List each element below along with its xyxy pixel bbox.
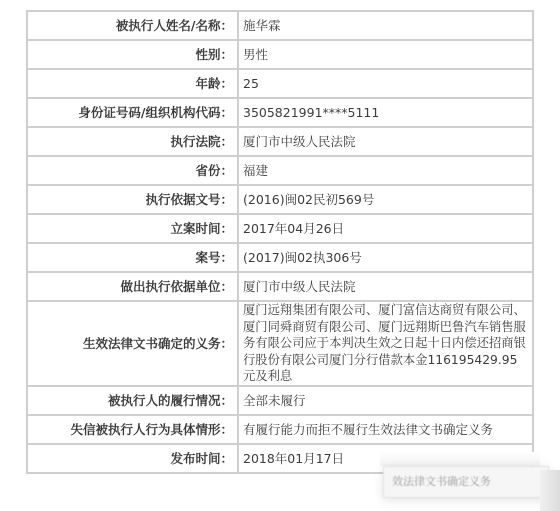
row-basis-issuer: 做出执行依据单位： 厦门市中级人民法院 [27,272,533,301]
page-curl-shadow [540,470,560,511]
value-basis-doc-number: (2016)闽02民初569号 [238,185,533,214]
row-age: 年龄： 25 [27,69,533,98]
label-basis-doc-number: 执行依据文号： [27,185,238,214]
label-executing-court: 执行法院： [27,127,238,156]
value-executing-court: 厦门市中级人民法院 [238,127,533,156]
row-gender: 性别： 男性 [27,40,533,69]
label-publish-date: 发布时间： [27,444,238,473]
page: 被执行人姓名/名称： 施华霖 性别： 男性 年龄： 25 身份证号码/组织机构代… [0,0,560,511]
value-gender: 男性 [238,40,533,69]
value-filing-date: 2017年04月26日 [238,214,533,243]
value-province: 福建 [238,156,533,185]
value-obligation: 厦门远翔集团有限公司、厦门富信达商贸有限公司、厦门同舜商贸有限公司、厦门远翔斯巴… [238,301,533,386]
row-obligation: 生效法律文书确定的义务： 厦门远翔集团有限公司、厦门富信达商贸有限公司、厦门同舜… [27,301,533,386]
blurred-overlay-snippet: 效法律文书确定义务 [383,466,549,498]
label-case-number: 案号： [27,243,238,272]
overlay-fade [380,452,540,466]
value-basis-issuer: 厦门市中级人民法院 [238,272,533,301]
row-province: 省份： 福建 [27,156,533,185]
row-dishonest-behavior: 失信被执行人行为具体情形： 有履行能力而拒不履行生效法律文书确定义务 [27,415,533,444]
row-basis-doc-number: 执行依据文号： (2016)闽02民初569号 [27,185,533,214]
label-basis-issuer: 做出执行依据单位： [27,272,238,301]
label-province: 省份： [27,156,238,185]
label-name: 被执行人姓名/名称： [27,11,238,40]
label-dishonest-behavior: 失信被执行人行为具体情形： [27,415,238,444]
row-case-number: 案号： (2017)闽02执306号 [27,243,533,272]
row-filing-date: 立案时间： 2017年04月26日 [27,214,533,243]
row-id-number: 身份证号码/组织机构代码： 3505821991****5111 [27,98,533,127]
row-performance-status: 被执行人的履行情况： 全部未履行 [27,386,533,415]
row-name: 被执行人姓名/名称： 施华霖 [27,11,533,40]
label-id-number: 身份证号码/组织机构代码： [27,98,238,127]
label-performance-status: 被执行人的履行情况： [27,386,238,415]
label-filing-date: 立案时间： [27,214,238,243]
value-name: 施华霖 [238,11,533,40]
value-id-number: 3505821991****5111 [238,98,533,127]
label-obligation: 生效法律文书确定的义务： [27,301,238,386]
label-age: 年龄： [27,69,238,98]
value-performance-status: 全部未履行 [238,386,533,415]
row-executing-court: 执行法院： 厦门市中级人民法院 [27,127,533,156]
dishonest-debtor-record-table: 被执行人姓名/名称： 施华霖 性别： 男性 年龄： 25 身份证号码/组织机构代… [26,10,534,474]
value-dishonest-behavior: 有履行能力而拒不履行生效法律文书确定义务 [238,415,533,444]
label-gender: 性别： [27,40,238,69]
value-age: 25 [238,69,533,98]
value-case-number: (2017)闽02执306号 [238,243,533,272]
